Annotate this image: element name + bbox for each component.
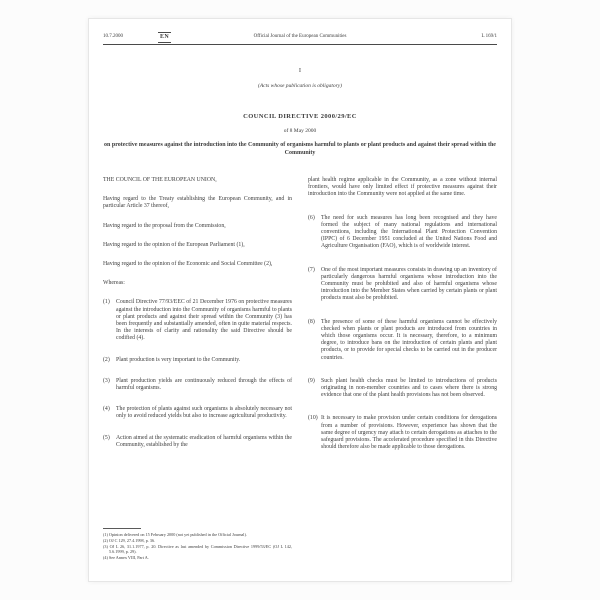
recital-number: (4)	[103, 406, 116, 420]
whereas-label: Whereas:	[103, 280, 292, 287]
recital-text: Such plant health checks must be limited…	[321, 378, 497, 400]
recital-number: (10)	[308, 415, 321, 451]
recital: (6) The need for such measures has long …	[308, 215, 497, 251]
footnote: (1) Opinion delivered on 15 February 200…	[103, 532, 292, 537]
journal-header: 10.7.2000 EN Official Journal of the Eur…	[103, 31, 497, 45]
recital-number: (6)	[308, 215, 321, 251]
recital-number: (3)	[103, 378, 116, 392]
recital: (10) It is necessary to make provision u…	[308, 415, 497, 451]
recital-text: Action aimed at the systematic eradicati…	[116, 435, 292, 449]
recital: (7) One of the most important measures c…	[308, 267, 497, 303]
column-left: THE COUNCIL OF THE EUROPEAN UNION, Havin…	[103, 177, 292, 561]
preamble-paragraph: Having regard to the opinion of the Euro…	[103, 242, 292, 249]
header-page-reference: L 169/1	[481, 31, 497, 42]
recital-text: Plant production yields are continuously…	[116, 378, 292, 392]
recital: (4) The protection of plants against suc…	[103, 406, 292, 420]
recital-text: Council Directive 77/93/EEC of 21 Decemb…	[116, 299, 292, 342]
recital-number: (1)	[103, 299, 116, 342]
directive-title: COUNCIL DIRECTIVE 2000/29/EC	[103, 113, 497, 121]
body-columns: THE COUNCIL OF THE EUROPEAN UNION, Havin…	[103, 177, 497, 561]
preamble-paragraph: Having regard to the proposal from the C…	[103, 223, 292, 230]
recital: (5) Action aimed at the systematic eradi…	[103, 435, 292, 449]
recital-number: (9)	[308, 378, 321, 400]
footnote: (4) See Annex VIII, Part A.	[103, 555, 292, 560]
directive-subject: on protective measures against the intro…	[103, 142, 497, 157]
recital: (2) Plant production is very important t…	[103, 357, 292, 364]
preamble-paragraph: Having regard to the opinion of the Econ…	[103, 261, 292, 268]
header-date: 10.7.2000	[103, 31, 123, 42]
recital-number: (2)	[103, 357, 116, 364]
recital-text: The need for such measures has long been…	[321, 215, 497, 251]
preamble-enacting-authority: THE COUNCIL OF THE EUROPEAN UNION,	[103, 177, 292, 184]
recital-text: The protection of plants against such or…	[116, 406, 292, 420]
footnotes-block: (1) Opinion delivered on 15 February 200…	[103, 525, 292, 561]
recital: (9) Such plant health checks must be lim…	[308, 378, 497, 400]
section-mark: I	[103, 67, 497, 74]
recital: (3) Plant production yields are continuo…	[103, 378, 292, 392]
recital-text: It is necessary to make provision under …	[321, 415, 497, 451]
recital-number: (7)	[308, 267, 321, 303]
footnote-separator-rule	[103, 528, 141, 529]
recital-text: The presence of some of these harmful or…	[321, 319, 497, 362]
recital-number: (8)	[308, 319, 321, 362]
recital: (8) The presence of some of these harmfu…	[308, 319, 497, 362]
preamble-paragraph: Having regard to the Treaty establishing…	[103, 196, 292, 210]
column-right: plant health regime applicable in the Co…	[308, 177, 497, 561]
recital-text: One of the most important measures consi…	[321, 267, 497, 303]
recital: (1) Council Directive 77/93/EEC of 21 De…	[103, 299, 292, 342]
footnote: (3) OJ L 26, 31.1.1977, p. 20. Directive…	[103, 544, 292, 554]
recital-number: (5)	[103, 435, 116, 449]
title-block: COUNCIL DIRECTIVE 2000/29/EC of 8 May 20…	[103, 113, 497, 157]
footnote: (2) OJ C 129, 27.4.1998, p. 36.	[103, 538, 292, 543]
recital-text: Plant production is very important to th…	[116, 357, 292, 364]
recital-continuation-text: plant health regime applicable in the Co…	[308, 177, 497, 199]
header-language-code: EN	[158, 32, 171, 43]
document-page: 10.7.2000 EN Official Journal of the Eur…	[88, 18, 512, 582]
section-note: (Acts whose publication is obligatory)	[103, 83, 497, 89]
directive-date: of 8 May 2000	[103, 128, 497, 135]
